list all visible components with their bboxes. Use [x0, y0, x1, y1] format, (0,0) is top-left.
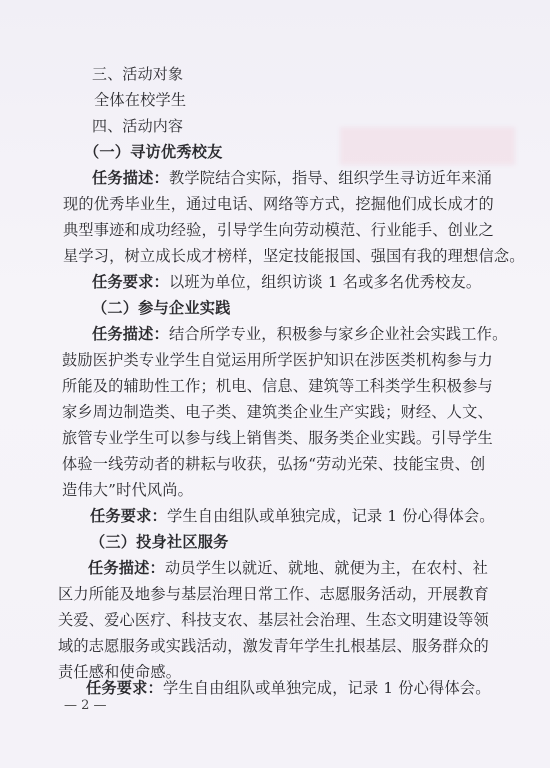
task-req-label: 任务要求：: [92, 273, 169, 291]
section-body-targets: 全体在校学生: [94, 90, 186, 110]
task-desc-label: 任务描述：: [92, 169, 169, 187]
task-req-2: 任务要求：学生自由组队或单独完成，记录 1 份心得体会。: [90, 506, 495, 526]
task-req-3: 任务要求：学生自由组队或单独完成，记录 1 份心得体会。: [86, 678, 491, 698]
task-desc-2-line-1: 任务描述：结合所学专业，积极参与家乡企业社会实践工作。: [92, 324, 507, 344]
subsection-title-1: （一）寻访优秀校友: [84, 142, 223, 162]
task-desc-1-line-2: 现的优秀毕业生，通过电话、网络等方式，挖掘他们成长成才的: [63, 194, 494, 214]
task-desc-1-line-4: 星学习，树立成长成才榜样，坚定技能报国、强国有我的理想信念。: [63, 246, 525, 266]
task-desc-3-line-3: 关爱、爱心医疗、科技支农、基层社会治理、生态文明建设等领: [58, 610, 489, 630]
task-req-label: 任务要求：: [90, 507, 167, 525]
section-heading-content: 四、活动内容: [92, 116, 183, 136]
task-desc-label: 任务描述：: [88, 559, 165, 577]
task-req-label: 任务要求：: [86, 679, 163, 697]
task-desc-3-line-2: 区力所能及地参与基层治理日常工作、志愿服务活动，开展教育: [58, 584, 489, 604]
subsection-title-2: （二）参与企业实践: [92, 298, 231, 318]
task-desc-2-line-4: 家乡周边制造类、电子类、建筑类企业生产实践；财经、人文、: [62, 402, 493, 422]
task-desc-2-line-3: 所能及的辅助性工作；机电、信息、建筑等工科类学生积极参与: [62, 376, 493, 396]
task-desc-1-line-1: 任务描述：教学院结合实际，指导、组织学生寻访近年来涌: [92, 168, 492, 188]
task-desc-3-line-4: 域的志愿服务或实践活动，激发青年学生扎根基层、服务群众的: [58, 636, 489, 656]
task-desc-1-line-3: 典型事迹和成功经验，引导学生向劳动模范、行业能手、创业之: [63, 220, 494, 240]
page-number: — 2 —: [64, 698, 107, 713]
task-desc-label: 任务描述：: [92, 325, 169, 343]
subsection-title-3: （三）投身社区服务: [90, 532, 229, 552]
task-desc-2-line-7: 造伟大”时代风尚。: [62, 480, 193, 500]
task-req-1: 任务要求：以班为单位，组织访谈 1 名或多名优秀校友。: [92, 272, 481, 292]
task-desc-3-line-1: 任务描述：动员学生以就近、就地、就便为主，在农村、社: [88, 558, 488, 578]
task-desc-2-line-6: 体验一线劳动者的耕耘与收获，弘扬“劳动光荣、技能宝贵、创: [62, 454, 485, 474]
task-desc-2-line-5: 旅管专业学生可以参与线上销售类、服务类企业实践。引导学生: [62, 428, 493, 448]
faint-red-stamp: [340, 127, 515, 165]
document-page: 三、活动对象 全体在校学生 四、活动内容 （一）寻访优秀校友 任务描述：教学院结…: [0, 0, 550, 768]
section-heading-targets: 三、活动对象: [92, 64, 183, 84]
task-desc-2-line-2: 鼓励医护类专业学生自觉运用所学医护知识在涉医类机构参与力: [62, 350, 493, 370]
